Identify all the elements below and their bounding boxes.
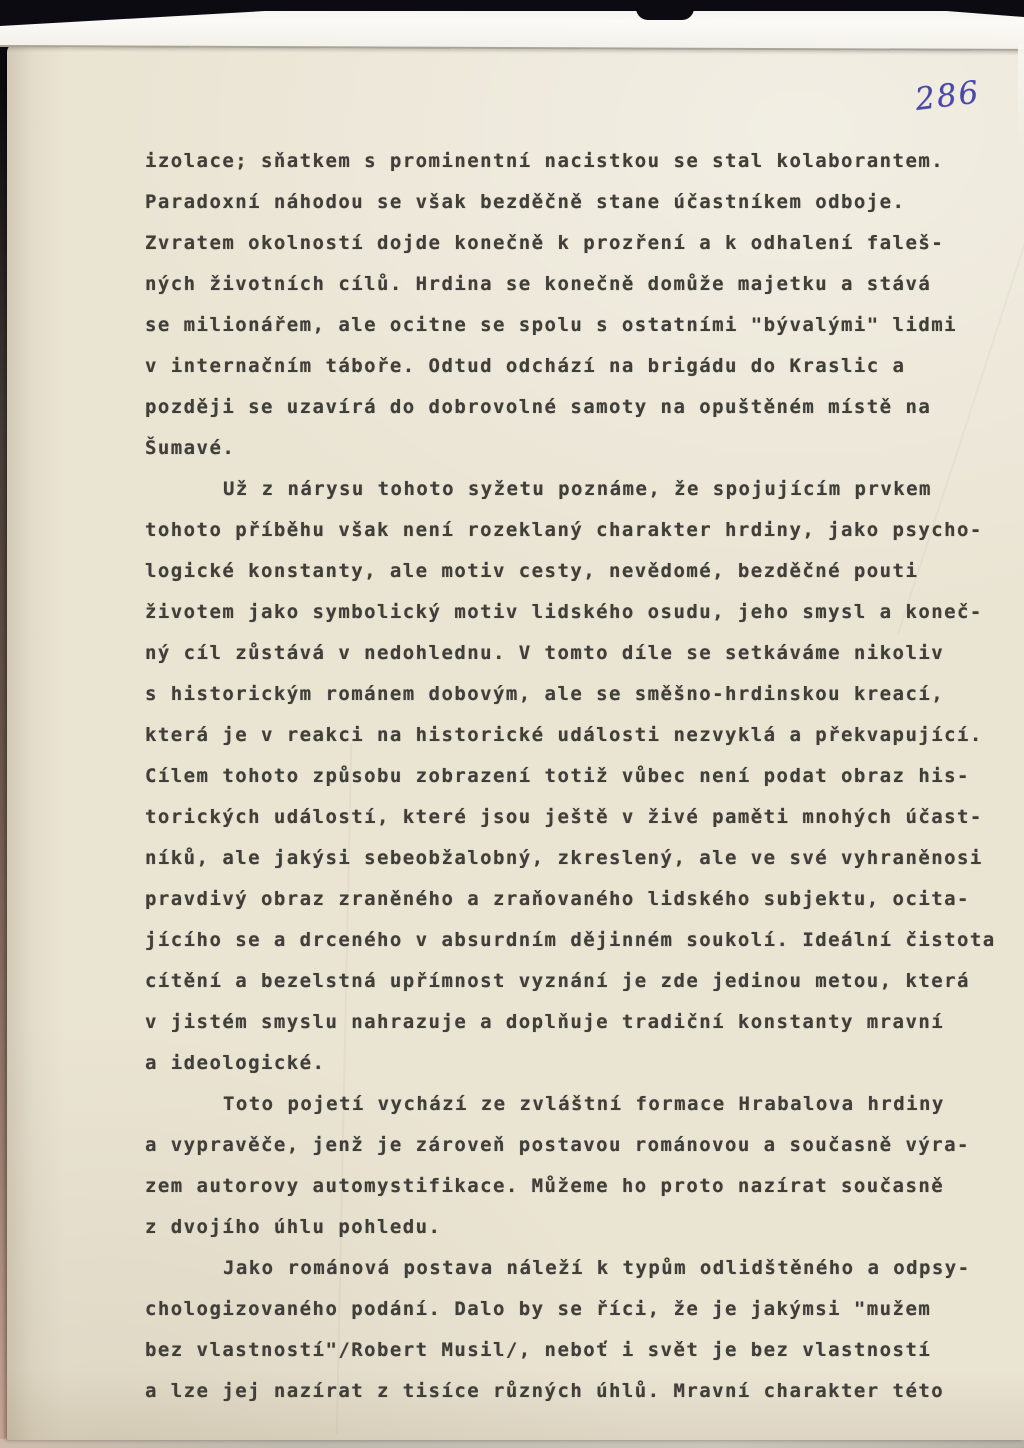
page-bottom-edge [0,1439,1024,1448]
text-line: tohoto příběhu však není rozeklaný chara… [145,510,1021,551]
text-line: a ideologické. [145,1043,1021,1084]
text-line: v jistém smyslu nahrazuje a doplňuje tra… [145,1002,1021,1043]
text-line: životem jako symbolický motiv lidského o… [145,592,1021,633]
text-line: se milionářem, ale ocitne se spolu s ost… [145,305,1021,346]
scanner-background-notch [636,0,694,20]
text-line: izolace; sňatkem s prominentní nacistkou… [145,141,1021,182]
text-line: torických událostí, které jsou ještě v ž… [145,797,1021,838]
text-line: z dvojího úhlu pohledu. [145,1207,1021,1248]
text-line: ných životních cílů. Hrdina se konečně d… [145,264,1021,305]
text-line: Zvratem okolností dojde konečně k prozře… [145,223,1021,264]
handwritten-page-number: 286 [913,74,982,118]
text-line: Cílem tohoto způsobu zobrazení totiž vůb… [145,756,1021,797]
text-line: s historickým románem dobovým, ale se sm… [145,674,1021,715]
text-line: ný cíl zůstává v nedohlednu. V tomto díl… [145,633,1021,674]
text-line: Toto pojetí vychází ze zvláštní formace … [145,1084,1021,1125]
text-line: která je v reakci na historické události… [145,715,1021,756]
text-line: a lze jej nazírat z tisíce různých úhlů.… [145,1371,1021,1412]
text-line: zem autorovy automystifikace. Můžeme ho … [145,1166,1021,1207]
text-line: pravdivý obraz zraněného a zraňovaného l… [145,879,1021,920]
text-line: chologizovaného podání. Dalo by se říci,… [145,1289,1021,1330]
typewritten-text-block: izolace; sňatkem s prominentní nacistkou… [145,141,1021,1412]
text-line: bez vlastností"/Robert Musil/, neboť i s… [145,1330,1021,1371]
underlying-sheet-right-edge [1018,44,1024,148]
text-line: Už z nárysu tohoto syžetu poznáme, že sp… [145,469,1021,510]
text-line: později se uzavírá do dobrovolné samoty … [145,387,1021,428]
paper-sheet: 286 izolace; sňatkem s prominentní nacis… [7,44,1024,1440]
text-line: Paradoxní náhodou se však bezděčně stane… [145,182,1021,223]
text-line: logické konstanty, ale motiv cesty, nevě… [145,551,1021,592]
text-line: v internačním táboře. Odtud odchází na b… [145,346,1021,387]
text-line: Šumavé. [145,428,1021,469]
text-line: jícího se a drceného v absurdním dějinné… [145,920,1021,961]
text-line: níků, ale jakýsi sebeobžalobný, zkreslen… [145,838,1021,879]
text-line: cítění a bezelstná upřímnost vyznání je … [145,961,1021,1002]
text-line: a vypravěče, jenž je zároveň postavou ro… [145,1125,1021,1166]
text-line: Jako románová postava náleží k typům odl… [145,1248,1021,1289]
